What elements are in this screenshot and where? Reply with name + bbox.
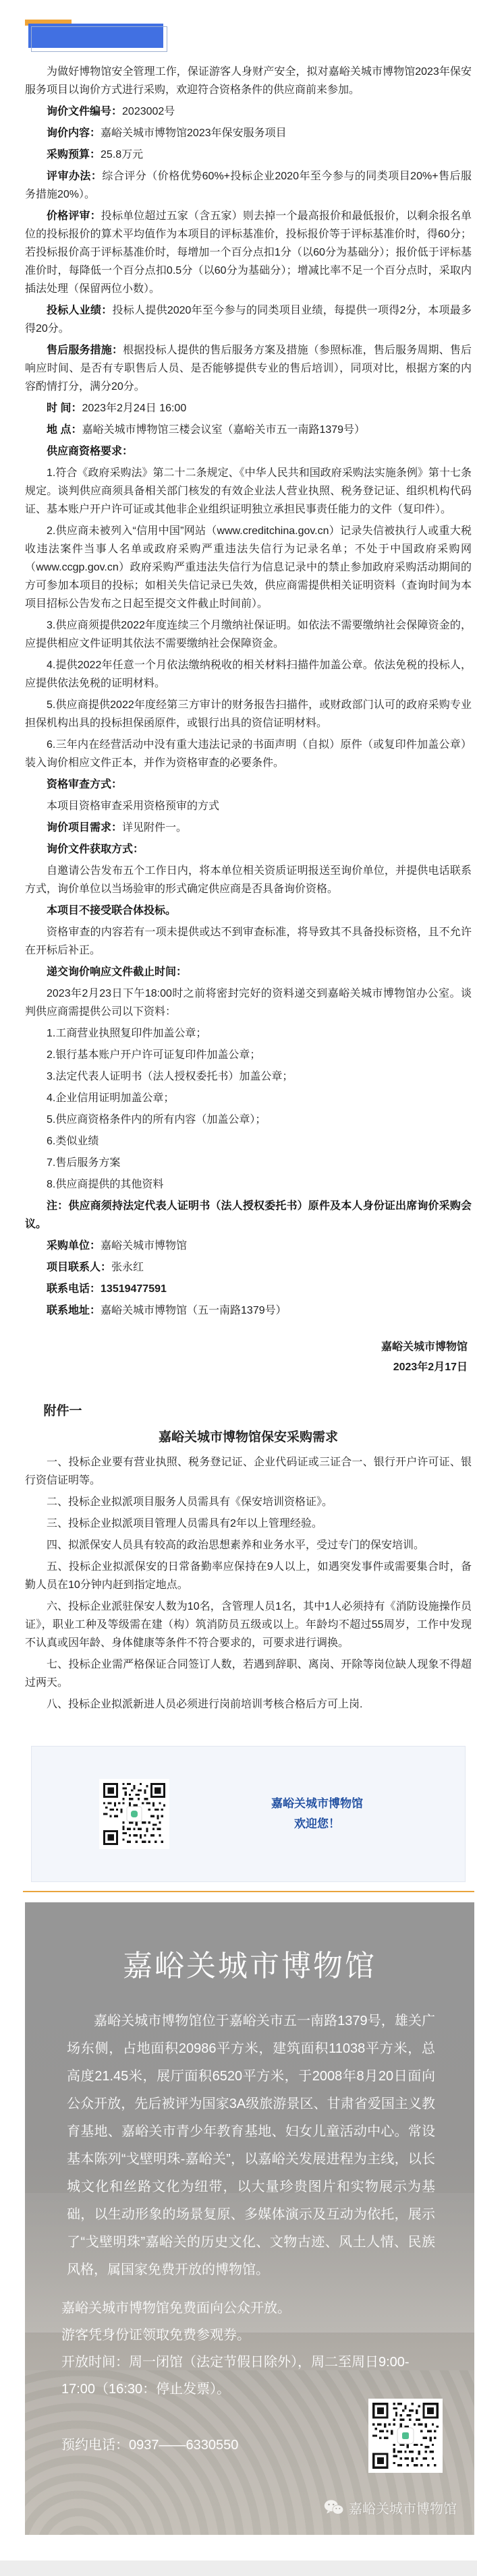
- attachment-item: 二、投标企业拟派项目服务人员需具有《保安培训资格证》。: [25, 1493, 472, 1511]
- paragraph-text: 5.供应商资格条件内的所有内容（加盖公章）；: [47, 1114, 266, 1125]
- notice-paragraph: 项目联系人：张永红: [25, 1258, 472, 1277]
- notice-paragraph: 资格审查的内容若有一项未提供或达不到审查标准，将导致其不具备投标资格，且不允许在…: [25, 923, 472, 960]
- museum-intro: 嘉峪关城市博物馆位于嘉峪关市五一南路1379号，雄关广场东侧，占地面积20986…: [67, 2008, 435, 2284]
- paragraph-label: 递交询价响应文件截止时间：: [47, 966, 187, 978]
- welcome-greeting: 欢迎您！: [169, 1814, 465, 1834]
- paragraph-label: 采购单位：: [47, 1240, 101, 1252]
- paragraph-text: 5.供应商提供2022年度经第三方审计的财务报告扫描件，或财政部门认可的政府采购…: [25, 699, 472, 729]
- paragraph-text: 25.8万元: [101, 149, 143, 160]
- signature-block: 嘉峪关城市博物馆 2023年2月17日: [25, 1337, 468, 1378]
- notice-paragraph: 资格审查方式：: [25, 775, 472, 794]
- paragraph-text: 投标单位超过五家（含五家）则去掉一个最高报价和最低报价，以剩余报名单位的投标报价…: [25, 210, 472, 295]
- notice-paragraph: 递交询价响应文件截止时间：: [25, 963, 472, 981]
- notice-paragraph: 联系地址：嘉峪关城市博物馆（五一南路1379号）: [25, 1301, 472, 1320]
- attachment-item: 一、投标企业要有营业执照、税务登记证、企业代码证或三证合一、银行开户许可证、银行…: [25, 1453, 472, 1490]
- paragraph-text: 4.提供2022年任意一个月依法缴纳税收的相关材料扫描件加盖公章。依法免税的投标…: [25, 660, 472, 689]
- paragraph-text: 嘉峪关城市博物馆（五一南路1379号）: [101, 1305, 287, 1316]
- notice-paragraph: 2.银行基本账户开户许可证复印件加盖公章；: [25, 1046, 472, 1064]
- welcome-text: 嘉峪关城市博物馆 欢迎您！: [169, 1794, 465, 1834]
- notice-paragraph: 注：供应商须持法定代表人证明书（法人授权委托书）原件及本人身份证出席询价采购会议…: [25, 1197, 472, 1233]
- signature-date: 2023年2月17日: [25, 1357, 468, 1378]
- notice-paragraph: 7.售后服务方案: [25, 1154, 472, 1172]
- notice-paragraph: 2023年2月23日下午18:00时之前将密封完好的资料递交到嘉峪关城市博物馆办…: [25, 985, 472, 1021]
- page: 为做好博物馆安全管理工作，保证游客人身财产安全，拟对嘉峪关城市博物馆2023年保…: [0, 0, 477, 2576]
- paragraph-text: 本项目资格审查采用资格预审的方式: [47, 800, 219, 812]
- paragraph-label: 时 间：: [47, 403, 82, 414]
- redacted-title-box: [28, 24, 163, 48]
- paragraph-label: 联系地址：: [47, 1305, 101, 1316]
- paragraph-label: 联系电话：: [47, 1283, 101, 1295]
- paragraph-text: 自邀请公告发布五个工作日内，将本单位相关资质证明报送至询价单位，并提供电话联系方…: [25, 865, 472, 895]
- notice-paragraph: 采购单位：嘉峪关城市博物馆: [25, 1237, 472, 1255]
- paragraph-label: 地 点：: [47, 424, 82, 436]
- notice-paragraph: 6.三年内在经营活动中没有重大违法记录的书面声明（自拟）原件（或复印件加盖公章）…: [25, 736, 472, 772]
- notice-paragraph: 6.类似业绩: [25, 1132, 472, 1150]
- wechat-icon: [324, 2499, 344, 2517]
- notice-paragraph: 1.符合《政府采购法》第二十二条规定、《中华人民共和国政府采购法实施条例》第十七…: [25, 464, 472, 519]
- paragraph-text: 6.三年内在经营活动中没有重大违法记录的书面声明（自拟）原件（或复印件加盖公章）…: [25, 739, 472, 769]
- paragraph-text: 3.供应商须提供2022年度连续三个月缴纳社保证明。如依法不需要缴纳社会保障资金…: [25, 620, 472, 649]
- orange-divider: [23, 1891, 474, 1892]
- notice-paragraph: 2.供应商未被列入“信用中国”网站（www.creditchina.gov.cn…: [25, 522, 472, 613]
- paragraph-text: 嘉峪关城市博物馆2023年保安服务项目: [101, 127, 287, 139]
- wechat-caption: 嘉峪关城市博物馆: [349, 2498, 457, 2517]
- notice-paragraph: 售后服务措施：根据投标人提供的售后服务方案及措施（参照标准，售后服务周期、售后响…: [25, 341, 472, 396]
- attachment-item-text: 四、拟派保安人员具有较高的政治思想素养和业务水平，受过专门的保安培训。: [47, 1540, 424, 1551]
- paragraph-text: 3.法定代表人证明书（法人授权委托书）加盖公章；: [47, 1071, 293, 1082]
- paragraph-label: 询价内容：: [47, 127, 101, 139]
- paragraph-label: 资格审查方式：: [47, 779, 122, 790]
- paragraph-label: 供应商资格要求：: [47, 446, 133, 457]
- paragraph-text: 4.企业信用证明加盖公章；: [47, 1092, 174, 1104]
- paragraph-label: 本项目不接受联合体投标。: [47, 905, 176, 916]
- notice-paragraph: 4.企业信用证明加盖公章；: [25, 1089, 472, 1107]
- paragraph-text: 2023002号: [122, 106, 175, 117]
- footer-bar: [0, 2560, 477, 2576]
- notice-paragraph: 地 点：嘉峪关城市博物馆三楼会议室（嘉峪关市五一南路1379号）: [25, 421, 472, 439]
- notice-paragraph: 价格评审：投标单位超过五家（含五家）则去掉一个最高报价和最低报价，以剩余报名单位…: [25, 207, 472, 298]
- notice-paragraph: 联系电话：13519477591: [25, 1280, 472, 1298]
- visit-line-text: 游客凭身份证领取免费参观券。: [61, 2328, 250, 2343]
- visit-line: 游客凭身份证领取免费参观券。: [61, 2322, 437, 2349]
- attachment-item-text: 七、投标企业需严格保证合同签订人数，若遇到辞职、离岗、开除等岗位缺人现象不得超过…: [25, 1659, 472, 1689]
- notice-paragraph: 5.供应商资格条件内的所有内容（加盖公章）；: [25, 1111, 472, 1129]
- paragraph-label: 投标人业绩：: [47, 305, 113, 316]
- paragraph-label: 询价项目需求：: [47, 822, 122, 833]
- attachment-title: 嘉峪关城市博物馆保安采购需求: [25, 1427, 472, 1445]
- paragraph-text: 嘉峪关城市博物馆三楼会议室（嘉峪关市五一南路1379号）: [82, 424, 365, 436]
- welcome-org: 嘉峪关城市博物馆: [169, 1794, 465, 1814]
- notice-paragraph: 供应商资格要求：: [25, 442, 472, 461]
- paragraph-text: 2.银行基本账户开户许可证复印件加盖公章；: [47, 1049, 260, 1061]
- visit-info: 嘉峪关城市博物馆免费面向公众开放。 游客凭身份证领取免费参观券。 开放时间：周一…: [61, 2295, 437, 2403]
- welcome-panel: 嘉峪关城市博物馆 欢迎您！: [31, 1746, 466, 1882]
- notice-paragraph: 8.供应商提供的其他资料: [25, 1175, 472, 1194]
- paragraph-text: 资格审查的内容若有一项未提供或达不到审查标准，将导致其不具备投标资格，且不允许在…: [25, 927, 472, 956]
- paragraph-label: 注：供应商须持法定代表人证明书（法人授权委托书）原件及本人身份证出席询价采购会议…: [25, 1200, 472, 1230]
- notice-paragraph: 3.法定代表人证明书（法人授权委托书）加盖公章；: [25, 1067, 472, 1086]
- paragraph-label: 询价文件编号：: [47, 106, 122, 117]
- attachment-item: 七、投标企业需严格保证合同签订人数，若遇到辞职、离岗、开除等岗位缺人现象不得超过…: [25, 1656, 472, 1692]
- notice-paragraph: 1.工商营业执照复印件加盖公章；: [25, 1024, 472, 1043]
- attachment-item-text: 八、投标企业拟派新进人员必须进行岗前培训考核合格后方可上岗.: [47, 1699, 362, 1710]
- attachment-item: 五、投标企业拟派保安的日常备勤率应保持在9人以上，如遇突发事件或需要集合时，备勤…: [25, 1558, 472, 1594]
- attachment-item: 四、拟派保安人员具有较高的政治思想素养和业务水平，受过专门的保安培训。: [25, 1536, 472, 1554]
- attachment-item-text: 五、投标企业拟派保安的日常备勤率应保持在9人以上，如遇突发事件或需要集合时，备勤…: [25, 1561, 472, 1591]
- wechat-caption-row: 嘉峪关城市博物馆: [324, 2498, 457, 2517]
- paragraph-text: 1.符合《政府采购法》第二十二条规定、《中华人民共和国政府采购法实施条例》第十七…: [25, 467, 472, 515]
- notice-paragraph: 时 间：2023年2月24日 16:00: [25, 399, 472, 417]
- attachment-item-text: 一、投标企业要有营业执照、税务登记证、企业代码证或三证合一、银行开户许可证、银行…: [25, 1457, 472, 1486]
- museum-title: 嘉峪关城市博物馆: [25, 1941, 474, 1985]
- notice-paragraph: 投标人业绩：投标人提供2020年至今参与的同类项目业绩，每提供一项得2分，本项最…: [25, 301, 472, 338]
- notice-paragraph: 询价项目需求：详见附件一。: [25, 819, 472, 837]
- qr-code-icon: [99, 1779, 169, 1849]
- notice-paragraph: 询价文件编号：2023002号: [25, 103, 472, 121]
- paragraph-text: 13519477591: [101, 1283, 167, 1295]
- visit-line: 开放时间：周一闭馆（法定节假日除外），周二至周日9:00-17:00（16:30…: [61, 2349, 437, 2403]
- notice-paragraph: 询价文件获取方式：: [25, 840, 472, 858]
- paragraph-text: 8.供应商提供的其他资料: [47, 1179, 163, 1190]
- paragraph-text: 2.供应商未被列入“信用中国”网站（www.creditchina.gov.cn…: [25, 525, 472, 610]
- attachment-item-text: 三、投标企业拟派项目管理人员需具有2年以上管理经验。: [47, 1518, 322, 1529]
- attachment-heading: 附件一: [25, 1401, 472, 1419]
- title-area: [25, 20, 472, 48]
- paragraph-label: 评审办法：: [47, 171, 102, 182]
- notice-paragraph: 3.供应商须提供2022年度连续三个月缴纳社保证明。如依法不需要缴纳社会保障资金…: [25, 616, 472, 653]
- notice-paragraph: 5.供应商提供2022年度经第三方审计的财务报告扫描件，或财政部门认可的政府采购…: [25, 696, 472, 732]
- paragraph-label: 项目联系人：: [47, 1262, 111, 1273]
- notice-paragraph: 评审办法：综合评分（价格优势60%+投标企业2020年至今参与的同类项目20%+…: [25, 167, 472, 204]
- attachment-item: 三、投标企业拟派项目管理人员需具有2年以上管理经验。: [25, 1515, 472, 1533]
- paragraph-text: 2023年2月23日下午18:00时之前将密封完好的资料递交到嘉峪关城市博物馆办…: [25, 988, 472, 1018]
- paragraph-label: 采购预算：: [47, 149, 101, 160]
- attachment-items: 一、投标企业要有营业执照、税务登记证、企业代码证或三证合一、银行开户许可证、银行…: [25, 1453, 472, 1714]
- intro-paragraph: 为做好博物馆安全管理工作，保证游客人身财产安全，拟对嘉峪关城市博物馆2023年保…: [25, 63, 472, 99]
- notice-paragraph: 本项目不接受联合体投标。: [25, 902, 472, 920]
- visit-line-text: 开放时间：周一闭馆（法定节假日除外），周二至周日9:00-17:00（16:30…: [61, 2355, 410, 2397]
- notice-paragraph: 询价内容：嘉峪关城市博物馆2023年保安服务项目: [25, 124, 472, 142]
- paragraph-text: 嘉峪关城市博物馆: [101, 1240, 187, 1252]
- procurement-notice: 为做好博物馆安全管理工作，保证游客人身财产安全，拟对嘉峪关城市博物馆2023年保…: [0, 0, 477, 1714]
- paragraph-label: 询价文件获取方式：: [47, 844, 144, 855]
- visit-line-text: 嘉峪关城市博物馆免费面向公众开放。: [61, 2301, 291, 2316]
- paragraph-text: 2023年2月24日 16:00: [82, 403, 186, 414]
- notice-paragraph: 自邀请公告发布五个工作日内，将本单位相关资质证明报送至询价单位，并提供电话联系方…: [25, 862, 472, 898]
- paragraph-label: 价格评审：: [47, 210, 101, 222]
- attachment-item: 八、投标企业拟派新进人员必须进行岗前培训考核合格后方可上岗.: [25, 1695, 472, 1714]
- paragraph-label: 售后服务措施：: [47, 345, 123, 356]
- attachment-item-text: 二、投标企业拟派项目服务人员需具有《保安培训资格证》。: [47, 1496, 333, 1508]
- paragraph-text: 详见附件一。: [122, 822, 187, 833]
- museum-hero-image: 嘉峪关城市博物馆 嘉峪关城市博物馆位于嘉峪关市五一南路1379号，雄关广场东侧，…: [25, 1902, 474, 2535]
- notice-paragraph: 采购预算：25.8万元: [25, 146, 472, 164]
- attachment-item: 六、投标企业派驻保安人数为10名，含管理人员1名，其中1人必须持有《消防设施操作…: [25, 1598, 472, 1652]
- paragraph-text: 张永红: [111, 1262, 144, 1273]
- notice-paragraph: 本项目资格审查采用资格预审的方式: [25, 797, 472, 815]
- paragraph-text: 6.类似业绩: [47, 1136, 99, 1147]
- notice-paragraphs: 询价文件编号：2023002号 询价内容：嘉峪关城市博物馆2023年保安服务项目…: [25, 103, 472, 1320]
- visit-line: 嘉峪关城市博物馆免费面向公众开放。: [61, 2295, 437, 2322]
- paragraph-text: 1.工商营业执照复印件加盖公章；: [47, 1028, 206, 1039]
- attachment-item-text: 六、投标企业派驻保安人数为10名，含管理人员1名，其中1人必须持有《消防设施操作…: [25, 1601, 472, 1649]
- notice-paragraph: 4.提供2022年任意一个月依法缴纳税收的相关材料扫描件加盖公章。依法免税的投标…: [25, 656, 472, 693]
- signature-org: 嘉峪关城市博物馆: [25, 1337, 468, 1357]
- wechat-qr-code-icon: [368, 2399, 443, 2473]
- paragraph-text: 7.售后服务方案: [47, 1157, 120, 1169]
